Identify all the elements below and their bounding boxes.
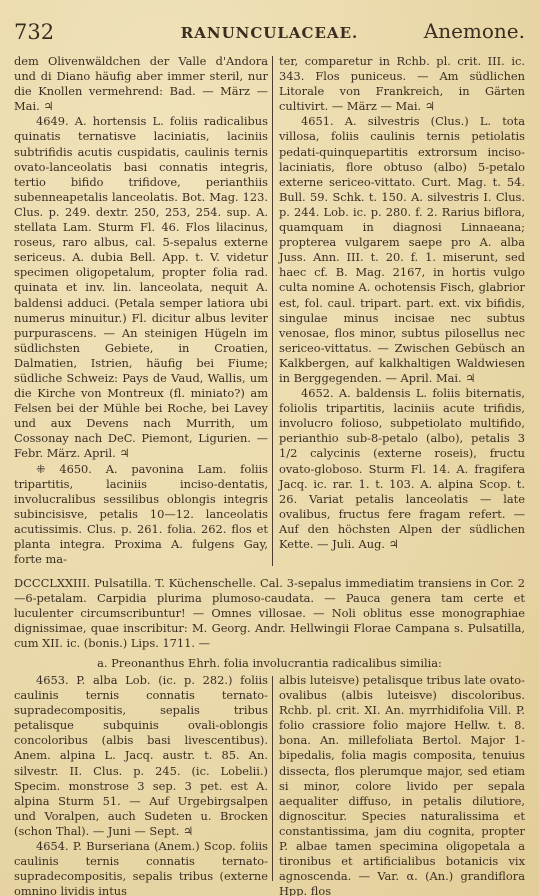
entry-4650: ⁜ 4650. A. pavonina Lam. foliis triparti… — [14, 462, 268, 568]
section-title: Anemone. — [424, 19, 525, 43]
entry-4651: 4651. A. silvestris (Clus.) L. tota vill… — [279, 114, 525, 386]
entry-4654: 4654. P. Burseriana (Anem.) Scop. foliis… — [14, 839, 268, 896]
paragraph: ter, comparetur in Rchb. pl. crit. III. … — [279, 54, 525, 114]
column-divider-2 — [272, 676, 273, 881]
genus-entry-pulsatilla: DCCCLXXIII. Pulsatilla. T. Küchenschelle… — [14, 576, 525, 651]
column-divider — [272, 56, 273, 566]
entry-4653: 4653. P. alba Lob. (ic. p. 282.) foliis … — [14, 673, 268, 839]
right-column-2: albis luteisve) petalisque tribus late o… — [279, 673, 525, 896]
page-header: 732 RANUNCULACEAE. Anemone. — [14, 18, 525, 44]
entry-4649: 4649. A. hortensis L. foliis radicalibus… — [14, 114, 268, 461]
book-page: 732 RANUNCULACEAE. Anemone. dem Olivenwä… — [0, 0, 539, 896]
left-column: dem Olivenwäldchen der Valle d'Andora un… — [14, 54, 268, 567]
right-column: ter, comparetur in Rchb. pl. crit. III. … — [279, 54, 525, 552]
paragraph: dem Olivenwäldchen der Valle d'Andora un… — [14, 54, 268, 114]
left-column-2: 4653. P. alba Lob. (ic. p. 282.) foliis … — [14, 673, 268, 896]
paragraph: albis luteisve) petalisque tribus late o… — [279, 673, 525, 896]
subsection-heading: a. Preonanthus Ehrh. folia involucrantia… — [14, 656, 525, 670]
entry-4652: 4652. A. baldensis L. foliis biternatis,… — [279, 386, 525, 552]
